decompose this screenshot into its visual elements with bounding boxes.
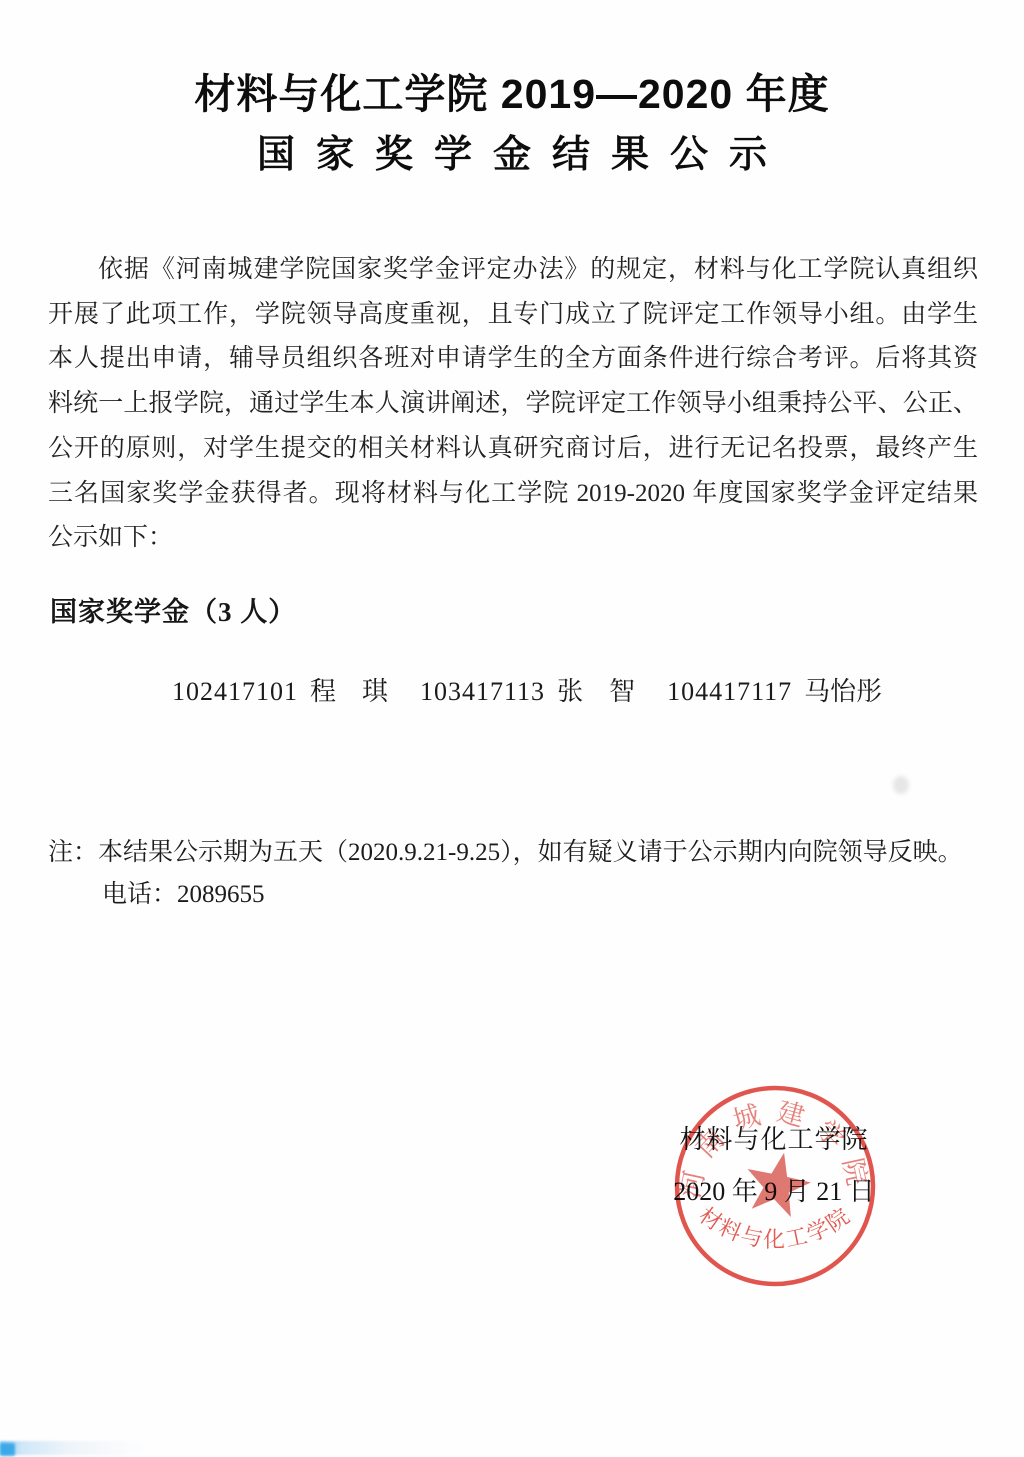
note-publicity-period: 注：本结果公示期为五天（2020.9.21-9.25），如有疑义请于公示期内向院… xyxy=(48,832,983,874)
document-title-line2: 国家奖学金结果公示 xyxy=(0,128,1024,182)
student-name: 马怡彤 xyxy=(804,672,882,712)
document-page: 材料与化工学院 2019—2020 年度 国家奖学金结果公示 依据《河南城建学院… xyxy=(0,0,1024,1457)
student-entry: 104417117 马怡彤 xyxy=(667,672,882,712)
body-line: 本人提出申请，辅导员组织各班对申请学生的全方面条件进行综合考评。后将其资 xyxy=(48,337,978,382)
document-title-line1: 材料与化工学院 2019—2020 年度 xyxy=(0,68,1024,120)
student-id: 103417113 xyxy=(420,672,545,712)
student-id: 102417101 xyxy=(172,672,298,712)
body-line: 料统一上报学院，通过学生本人演讲阐述，学院评定工作领导小组秉持公平、公正、 xyxy=(48,382,978,427)
student-entry: 103417113 张 智 xyxy=(420,672,635,712)
scan-smudge-artifact xyxy=(893,776,909,794)
body-line: 公示如下： xyxy=(48,516,978,561)
body-line: 开展了此项工作，学院领导高度重视，且专门成立了院评定工作领导小组。由学生 xyxy=(48,293,978,338)
signature-organization: 材料与化工学院 xyxy=(664,1120,884,1160)
student-id: 104417117 xyxy=(667,672,792,712)
student-entry: 102417101 程 琪 xyxy=(172,672,388,712)
student-name: 程 琪 xyxy=(310,672,388,712)
scan-corner-mark-artifact xyxy=(0,1443,15,1456)
body-line: 三名国家奖学金获得者。现将材料与化工学院 2019-2020 年度国家奖学金评定… xyxy=(48,472,978,517)
body-paragraph: 依据《河南城建学院国家奖学金评定办法》的规定，材料与化工学院认真组织 开展了此项… xyxy=(48,248,978,561)
signature-block: 材料与化工学院 2020 年 9 月 21 日 xyxy=(664,1120,884,1212)
note-block: 注：本结果公示期为五天（2020.9.21-9.25），如有疑义请于公示期内向院… xyxy=(48,832,983,916)
scan-edge-streak-artifact xyxy=(0,1441,150,1455)
body-line: 公开的原则，对学生提交的相关材料认真研究商讨后，进行无记名投票，最终产生 xyxy=(48,427,978,472)
student-winner-list: 102417101 程 琪 103417113 张 智 104417117 马怡… xyxy=(172,672,882,712)
student-name: 张 智 xyxy=(557,672,635,712)
award-section-heading: 国家奖学金（3 人） xyxy=(50,592,296,632)
body-line: 依据《河南城建学院国家奖学金评定办法》的规定，材料与化工学院认真组织 xyxy=(48,248,978,293)
note-phone: 电话：2089655 xyxy=(48,874,983,916)
signature-date: 2020 年 9 月 21 日 xyxy=(664,1172,884,1212)
